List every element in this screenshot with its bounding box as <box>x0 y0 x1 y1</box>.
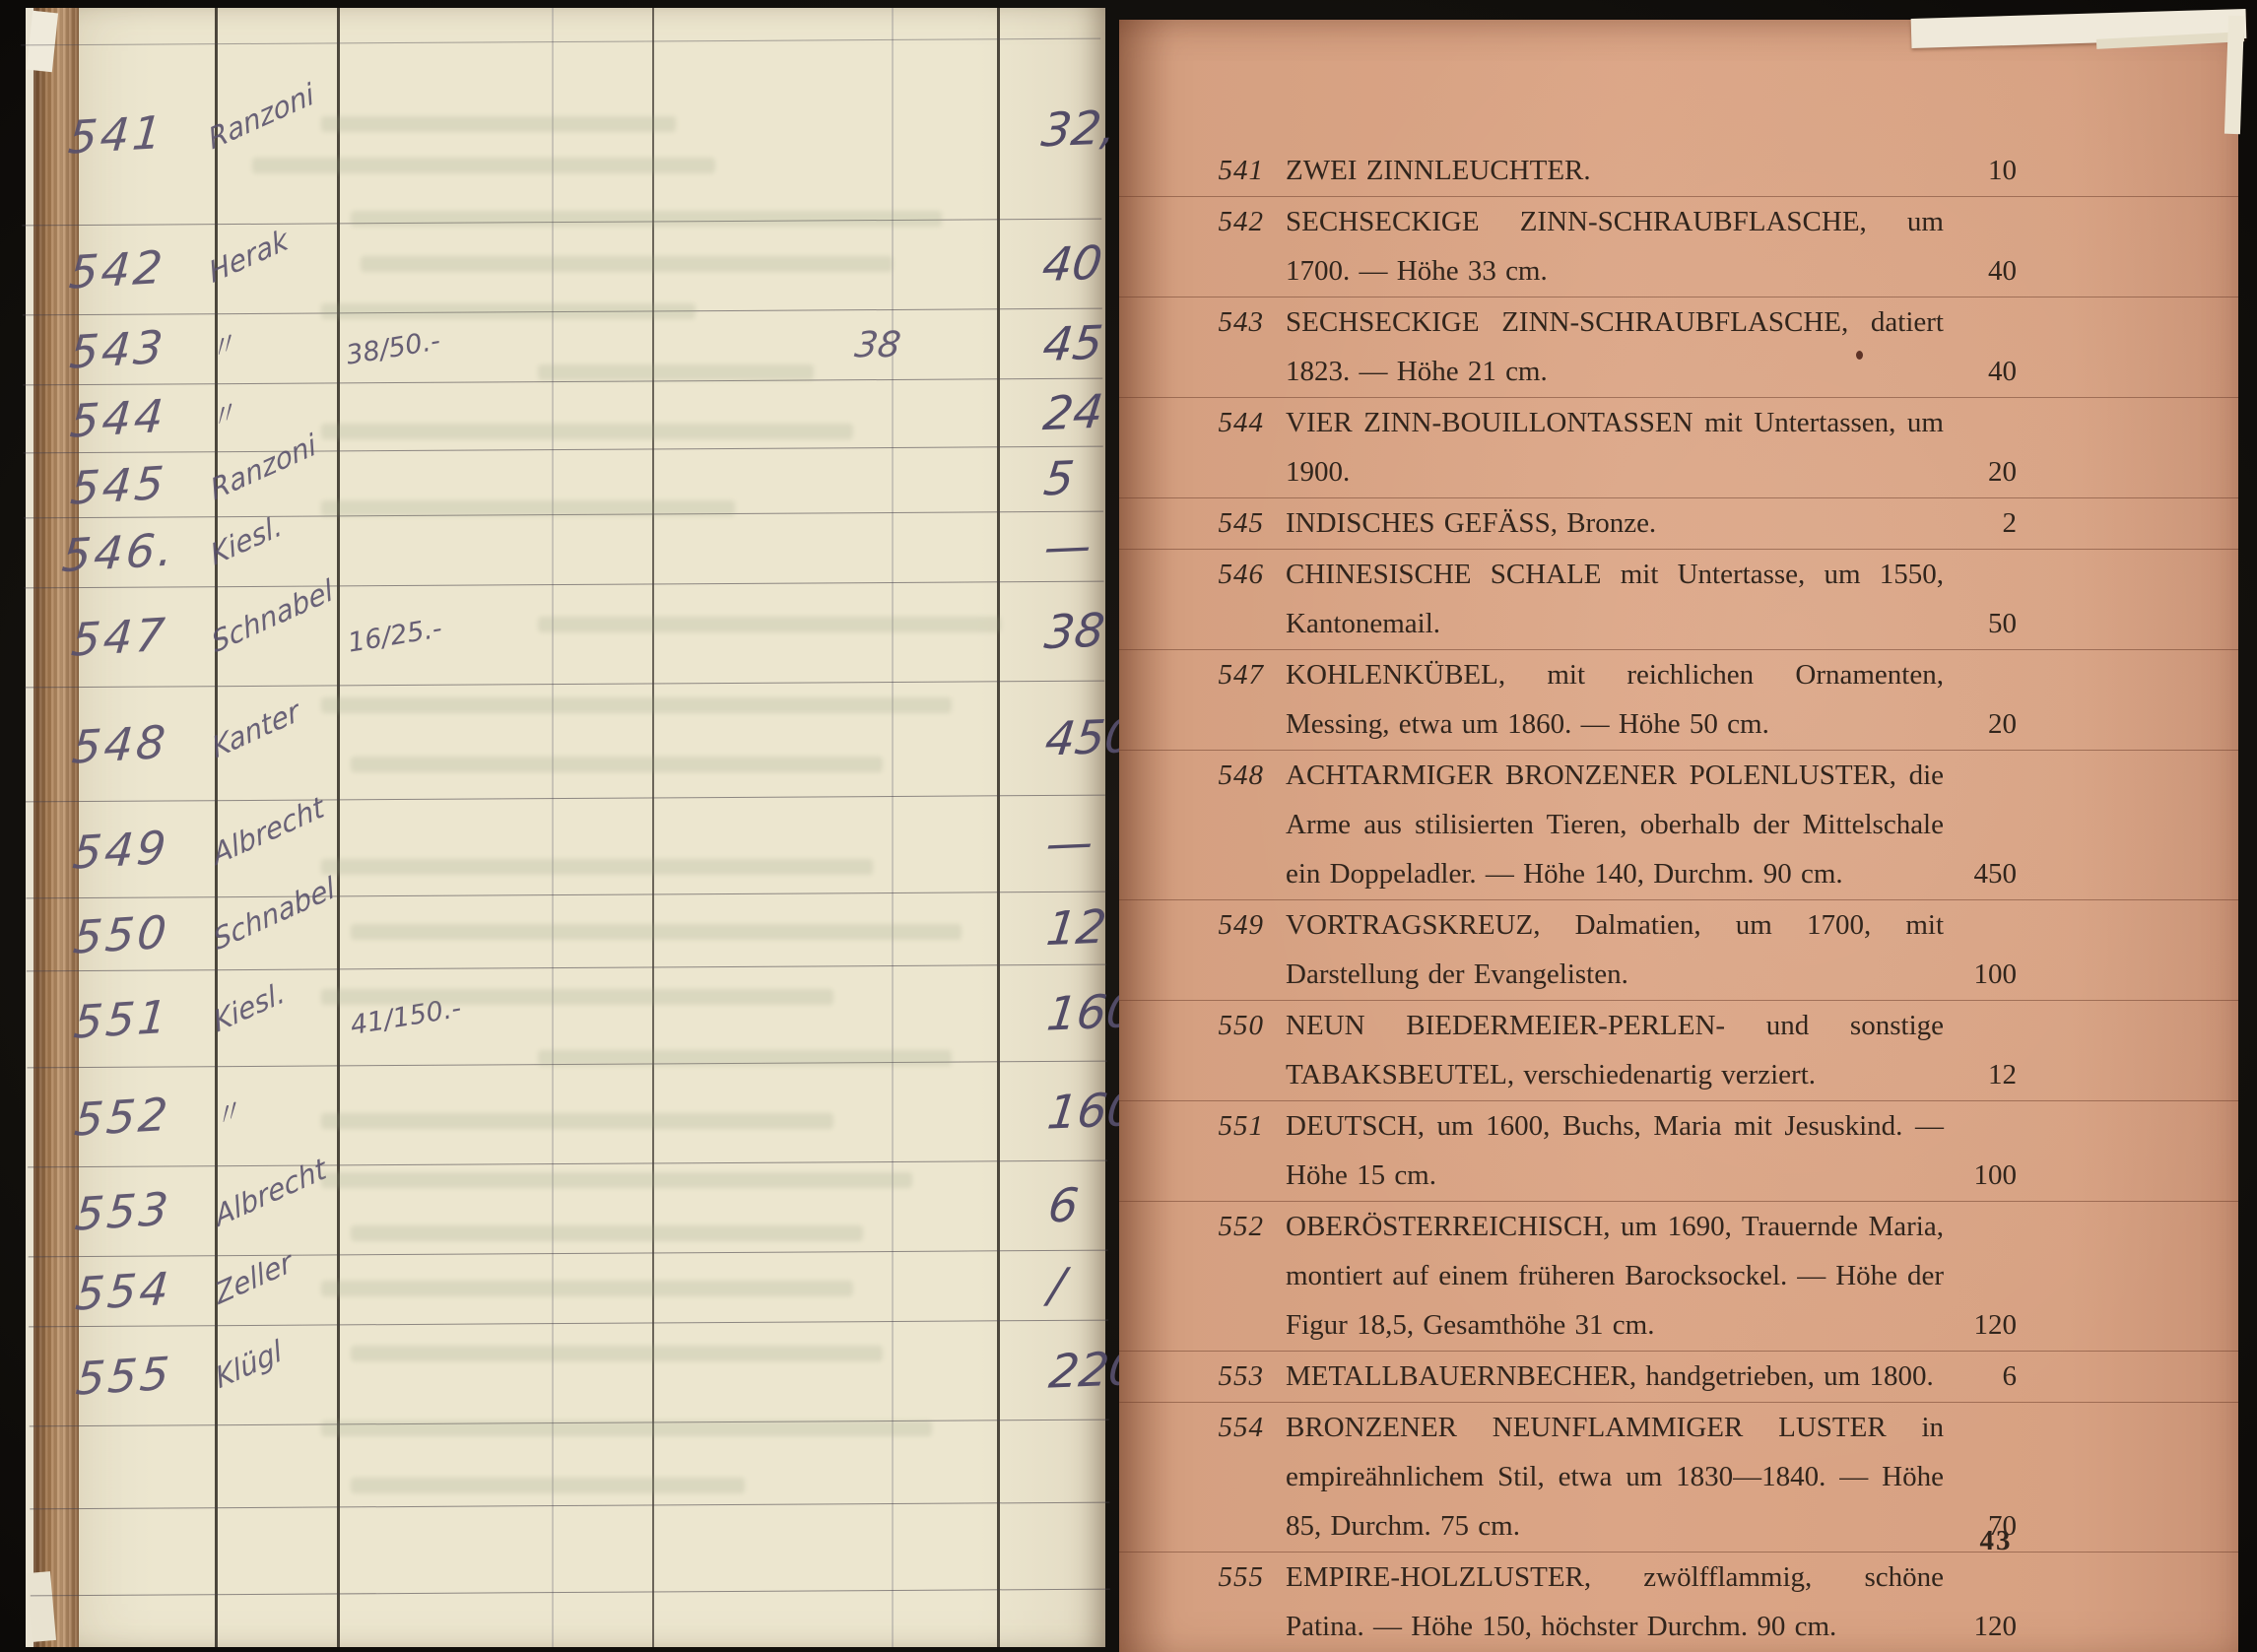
lot-number: 545 <box>24 458 213 512</box>
amount <box>1040 1452 1109 1470</box>
handwriting-mid-value: 38 <box>853 324 903 364</box>
lot-number: 554 <box>29 1264 218 1318</box>
amount: 12 <box>1037 901 1106 956</box>
bidder-name: Kiesl. <box>216 1001 338 1035</box>
handwriting-lot-number: 553 <box>73 1182 173 1241</box>
bleedthrough-bar <box>252 158 715 173</box>
spacer <box>928 344 1033 345</box>
lot-description: SECHSECKIGE ZINN-SCHRAUBFLASCHE, um 1700… <box>1286 197 1944 296</box>
handwriting-bidder-name: Albrecht <box>210 789 327 872</box>
bidder-name: Albrecht <box>217 1193 339 1227</box>
lot-description: ZWEI ZINNLEUCHTER. <box>1286 146 1944 195</box>
lot-description: OBERÖSTERREICHISCH, um 1690, Trauernde M… <box>1286 1202 1944 1350</box>
page-number: 43 <box>1952 1525 2040 1557</box>
lot-number: 551 <box>1213 1101 1264 1200</box>
bleedthrough-bar <box>321 1172 912 1188</box>
lot-description: INDISCHES GEFÄSS, Bronze. <box>1286 498 1944 548</box>
spacer <box>934 1370 1039 1371</box>
lot-number: 541 <box>22 107 211 162</box>
spacer <box>932 1014 1037 1015</box>
bidder-name: Klügl <box>218 1357 340 1392</box>
handwriting-bidder-name: Kiesl. <box>210 974 288 1038</box>
bleedthrough-bar <box>538 1050 952 1066</box>
catalog-entry: 542SECHSECKIGE ZINN-SCHRAUBFLASCHE, um 1… <box>1119 197 2238 297</box>
lot-price: 40 <box>1944 347 2017 396</box>
mid-value <box>667 1362 934 1382</box>
handwriting-lot-number: 549 <box>70 820 170 879</box>
handwriting-amount: / <box>1046 1258 1068 1313</box>
amount <box>1040 1537 1109 1554</box>
bleedthrough-bar <box>321 500 735 516</box>
mid-value <box>663 730 930 750</box>
bleedthrough-bar <box>351 757 883 772</box>
handwriting-bidder-name: Kiesl. <box>207 508 285 572</box>
catalog-entry: 555EMPIRE-HOLZLUSTER, zwölfflammig, schö… <box>1119 1553 2238 1652</box>
annotation <box>339 1199 666 1219</box>
amount: — <box>1034 519 1103 573</box>
annotation <box>335 473 662 493</box>
spacer <box>927 129 1032 130</box>
spacer <box>933 1206 1038 1207</box>
ledger-row: 544〃24 <box>23 379 1102 454</box>
lot-number: 544 <box>23 391 212 445</box>
catalog-entry: 546CHINESISCHE SCHALE mit Untertasse, um… <box>1119 550 2238 650</box>
bleedthrough-bar <box>321 303 696 319</box>
lot-number: 548 <box>25 717 214 771</box>
handwriting-annotation: 16/25.- <box>346 613 444 658</box>
lot-price: 120 <box>1944 1602 2017 1651</box>
lot-number: 553 <box>28 1184 217 1238</box>
catalog-entry: 543SECHSECKIGE ZINN-SCHRAUBFLASCHE, dati… <box>1119 297 2238 398</box>
amount: 5 <box>1034 452 1103 506</box>
lot-description: SECHSECKIGE ZINN-SCHRAUBFLASCHE, datiert… <box>1286 297 1944 396</box>
catalog-page: 541ZWEI ZINNLEUCHTER.10542SECHSECKIGE ZI… <box>1119 20 2238 1652</box>
amount: 6 <box>1038 1178 1107 1232</box>
catalog-entry: 544VIER ZINN-BOUILLONTASSEN mit Untertas… <box>1119 398 2238 498</box>
catalog-entry: 551DEUTSCH, um 1600, Buchs, Maria mit Je… <box>1119 1101 2238 1202</box>
handwriting-amount: 6 <box>1045 1178 1081 1233</box>
lot-number: 541 <box>1213 146 1264 195</box>
lot-description: ACHTARMIGER BRONZENER POLENLUSTER, die A… <box>1286 751 1944 898</box>
spacer <box>929 413 1034 414</box>
ledger-row: 541Ranzoni32, <box>21 39 1101 227</box>
lot-number: 547 <box>1213 650 1264 749</box>
mid-value <box>660 121 927 141</box>
amount: / <box>1039 1258 1108 1312</box>
spacer <box>929 480 1034 481</box>
annotation <box>341 1540 668 1559</box>
bidder-name: Schnabel <box>214 619 336 653</box>
lot-number: 553 <box>1213 1352 1264 1401</box>
lot-number <box>30 1458 219 1477</box>
bleedthrough-bar <box>321 1113 833 1129</box>
bidder-name: Kiesl. <box>213 534 335 568</box>
annotation <box>335 540 662 560</box>
handwriting-lot-number: 552 <box>72 1088 172 1147</box>
catalog-entry: 553METALLBAUERNBECHER, handgetrieben, um… <box>1119 1352 2238 1403</box>
annotation <box>336 732 663 752</box>
lot-description: VIER ZINN-BOUILLONTASSEN mit Untertassen… <box>1286 398 1944 496</box>
handwriting-annotation: 38/50.- <box>344 325 442 370</box>
ledger-row: 555Klügl220 <box>29 1321 1109 1427</box>
spacer <box>934 1286 1039 1287</box>
handwriting-amount: 40 <box>1039 235 1105 292</box>
spacer <box>931 739 1036 740</box>
handwriting-amount: 24 <box>1040 384 1106 440</box>
lot-number: 555 <box>1213 1553 1264 1651</box>
page-corner-fold <box>2224 16 2244 134</box>
ledger-row: 546.Kiesl.— <box>24 512 1103 589</box>
lot-price: 12 <box>1944 1050 2017 1099</box>
lot-number: 555 <box>29 1349 218 1403</box>
bleedthrough-bar <box>351 1225 863 1241</box>
handwriting-lot-number: 548 <box>70 714 170 773</box>
lot-number: 552 <box>1213 1202 1264 1350</box>
lot-price: 100 <box>1944 1151 2017 1200</box>
annotation <box>340 1363 667 1383</box>
bleedthrough-bar <box>321 116 676 132</box>
catalog-entry: 549VORTRAGSKREUZ, Dalmatien, um 1700, mi… <box>1119 900 2238 1001</box>
ledger-row: 547Schnabel16/25.-38 <box>25 582 1105 689</box>
handwriting-amount: 38 <box>1041 603 1107 659</box>
bidder-name: Albrecht <box>215 831 337 866</box>
handwriting-lot-number: 543 <box>67 320 167 379</box>
lot-price: 20 <box>1944 699 2017 749</box>
lot-price: 6 <box>1944 1352 2017 1401</box>
bidder-name: 〃 <box>212 328 334 369</box>
handwriting-bidder-name: Kanter <box>209 693 302 764</box>
bleedthrough-bar <box>321 1421 932 1436</box>
catalog-entry: 547KOHLENKÜBEL, mit reichlichen Ornament… <box>1119 650 2238 751</box>
lot-price: 120 <box>1944 1300 2017 1350</box>
lot-number: 545 <box>1213 498 1264 548</box>
bidder-name: Ranzoni <box>213 467 335 501</box>
lot-price: 100 <box>1944 950 2017 999</box>
bidder-name: 〃 <box>212 397 334 438</box>
catalog-entry: 541ZWEI ZINNLEUCHTER.10 <box>1119 146 2238 197</box>
handwriting-lot-number: 547 <box>69 608 169 667</box>
ledger-grid: 541Ranzoni32,542Herak40543〃38/50.-384554… <box>26 8 1105 1647</box>
handwriting-amount: — <box>1043 816 1096 872</box>
ledger-page: 541Ranzoni32,542Herak40543〃38/50.-384554… <box>26 8 1105 1647</box>
lot-number: 551 <box>27 992 216 1046</box>
spacer <box>936 1547 1041 1548</box>
lot-price: 20 <box>1944 447 2017 496</box>
mid-value <box>662 539 929 559</box>
lot-number: 543 <box>23 322 212 376</box>
handwriting-lot-number: 554 <box>73 1262 173 1321</box>
handwriting-lot-number: 544 <box>68 389 168 448</box>
catalog-entry: 545INDISCHES GEFÄSS, Bronze.2 <box>1119 498 2238 550</box>
spacer <box>933 1111 1038 1112</box>
catalog-entry: 550NEUN BIEDERMEIER-PERLEN- und sonstige… <box>1119 1001 2238 1101</box>
mid-value: 38 <box>661 324 928 366</box>
bidder-name: Kanter <box>214 726 336 760</box>
bleedthrough-bar <box>538 364 814 380</box>
lot-number: 542 <box>22 242 211 297</box>
ledger-row <box>30 1503 1110 1597</box>
handwriting-lot-number: 555 <box>74 1347 174 1406</box>
ledger-row: 549Albrecht— <box>26 796 1106 899</box>
bleedthrough-bar <box>361 256 893 272</box>
lot-number: 547 <box>25 610 214 664</box>
lot-price: 50 <box>1944 599 2017 648</box>
lot-number: 549 <box>1213 900 1264 999</box>
handwriting-amount: 32, <box>1038 100 1119 158</box>
lot-number: 542 <box>1213 197 1264 296</box>
lot-number: 550 <box>1213 1001 1264 1099</box>
bleedthrough-bar <box>351 924 962 940</box>
lot-number: 546. <box>24 525 213 579</box>
lot-description: CHINESISCHE SCHALE mit Untertasse, um 15… <box>1286 550 1944 648</box>
handwriting-amount: — <box>1041 518 1095 574</box>
mid-value <box>665 1005 932 1024</box>
bleedthrough-bar <box>538 617 1001 632</box>
lot-description: METALLBAUERNBECHER, handgetrieben, um 18… <box>1286 1352 1944 1401</box>
bidder-name <box>219 1457 341 1476</box>
amount: 40 <box>1032 236 1101 291</box>
handwriting-lot-number: 550 <box>71 904 171 963</box>
handwriting-amount: 5 <box>1041 451 1077 506</box>
bidder-name: Ranzoni <box>211 116 333 151</box>
amount: 38 <box>1035 604 1104 658</box>
amount: 32, <box>1032 101 1116 157</box>
spacer <box>931 844 1036 845</box>
lot-price: 2 <box>1944 498 2017 548</box>
spacer <box>935 1462 1040 1463</box>
annotation: 41/150.- <box>338 1000 665 1032</box>
handwriting-amount: 12 <box>1043 900 1109 957</box>
handwriting-lot-number: 546. <box>60 522 177 582</box>
handwriting-amount: 45 <box>1040 315 1106 371</box>
bleedthrough-bar <box>321 424 853 439</box>
catalog-entries: 541ZWEI ZINNLEUCHTER.10542SECHSECKIGE ZI… <box>1119 146 2238 1652</box>
catalog-entry: 552OBERÖSTERREICHISCH, um 1690, Trauernd… <box>1119 1202 2238 1352</box>
lot-number <box>30 1543 219 1561</box>
bidder-name <box>219 1542 341 1560</box>
book-scan: 541Ranzoni32,542Herak40543〃38/50.-384554… <box>0 0 2257 1652</box>
bleedthrough-bar <box>321 697 952 713</box>
lot-price: 40 <box>1944 246 2017 296</box>
bleedthrough-bar <box>321 1281 853 1296</box>
bleedthrough-bar <box>321 989 833 1005</box>
handwriting-lot-number: 542 <box>67 240 167 299</box>
mid-value <box>664 835 931 855</box>
lot-price: 450 <box>1944 849 2017 898</box>
bleedthrough-bar <box>351 1346 883 1361</box>
lot-number: 546 <box>1213 550 1264 648</box>
handwriting-lot-number: 545 <box>68 455 168 514</box>
lot-description: VORTRAGSKREUZ, Dalmatien, um 1700, mit D… <box>1286 900 1944 999</box>
annotation <box>337 837 664 857</box>
lot-number: 550 <box>27 907 216 961</box>
handwriting-lot-number: 541 <box>66 105 166 165</box>
annotation: 38/50.- <box>334 331 661 363</box>
mid-value <box>668 1538 935 1557</box>
lot-description: DEUTSCH, um 1600, Buchs, Maria mit Jesus… <box>1286 1101 1944 1200</box>
handwriting-bidder-name: Klügl <box>212 1333 285 1395</box>
lot-price: 10 <box>1944 146 2017 195</box>
lot-description: EMPIRE-HOLZLUSTER, zwölfflammig, schöne … <box>1286 1553 1944 1651</box>
catalog-entry: 548ACHTARMIGER BRONZENER POLENLUSTER, di… <box>1119 751 2238 900</box>
mid-value <box>668 1453 935 1473</box>
mid-value <box>662 471 929 491</box>
annotation <box>341 1455 668 1475</box>
lot-number: 552 <box>28 1090 217 1144</box>
lot-number: 549 <box>26 823 215 877</box>
spacer <box>928 264 1033 265</box>
spacer <box>929 547 1034 548</box>
lot-number: 548 <box>1213 751 1264 898</box>
lot-description: BRONZENER NEUNFLAMMIGER LUSTER in empire… <box>1286 1403 1944 1551</box>
bidder-name: Schnabel <box>216 916 338 951</box>
bleedthrough-bar <box>351 211 942 227</box>
amount: — <box>1036 817 1105 871</box>
catalog-entry: 554BRONZENER NEUNFLAMMIGER LUSTER in emp… <box>1119 1403 2238 1553</box>
handwriting-lot-number: 551 <box>71 989 171 1048</box>
bidder-name: Herak <box>211 251 333 286</box>
lot-number: 544 <box>1213 398 1264 496</box>
amount: 45 <box>1033 316 1102 370</box>
mid-value <box>661 405 928 425</box>
lot-number: 554 <box>1213 1403 1264 1551</box>
bleedthrough-bar <box>351 1478 745 1493</box>
lot-description: KOHLENKÜBEL, mit reichlichen Ornamenten,… <box>1286 650 1944 749</box>
handwriting-bidder-name: Herak <box>206 222 292 290</box>
lot-description: NEUN BIEDERMEIER-PERLEN- und sonstige TA… <box>1286 1001 1944 1099</box>
lot-number: 543 <box>1213 297 1264 396</box>
mid-value <box>666 1198 933 1218</box>
amount: 24 <box>1033 385 1102 439</box>
handwriting-bidder-name: Ranzoni <box>205 77 317 157</box>
bleedthrough-bar <box>321 859 873 875</box>
